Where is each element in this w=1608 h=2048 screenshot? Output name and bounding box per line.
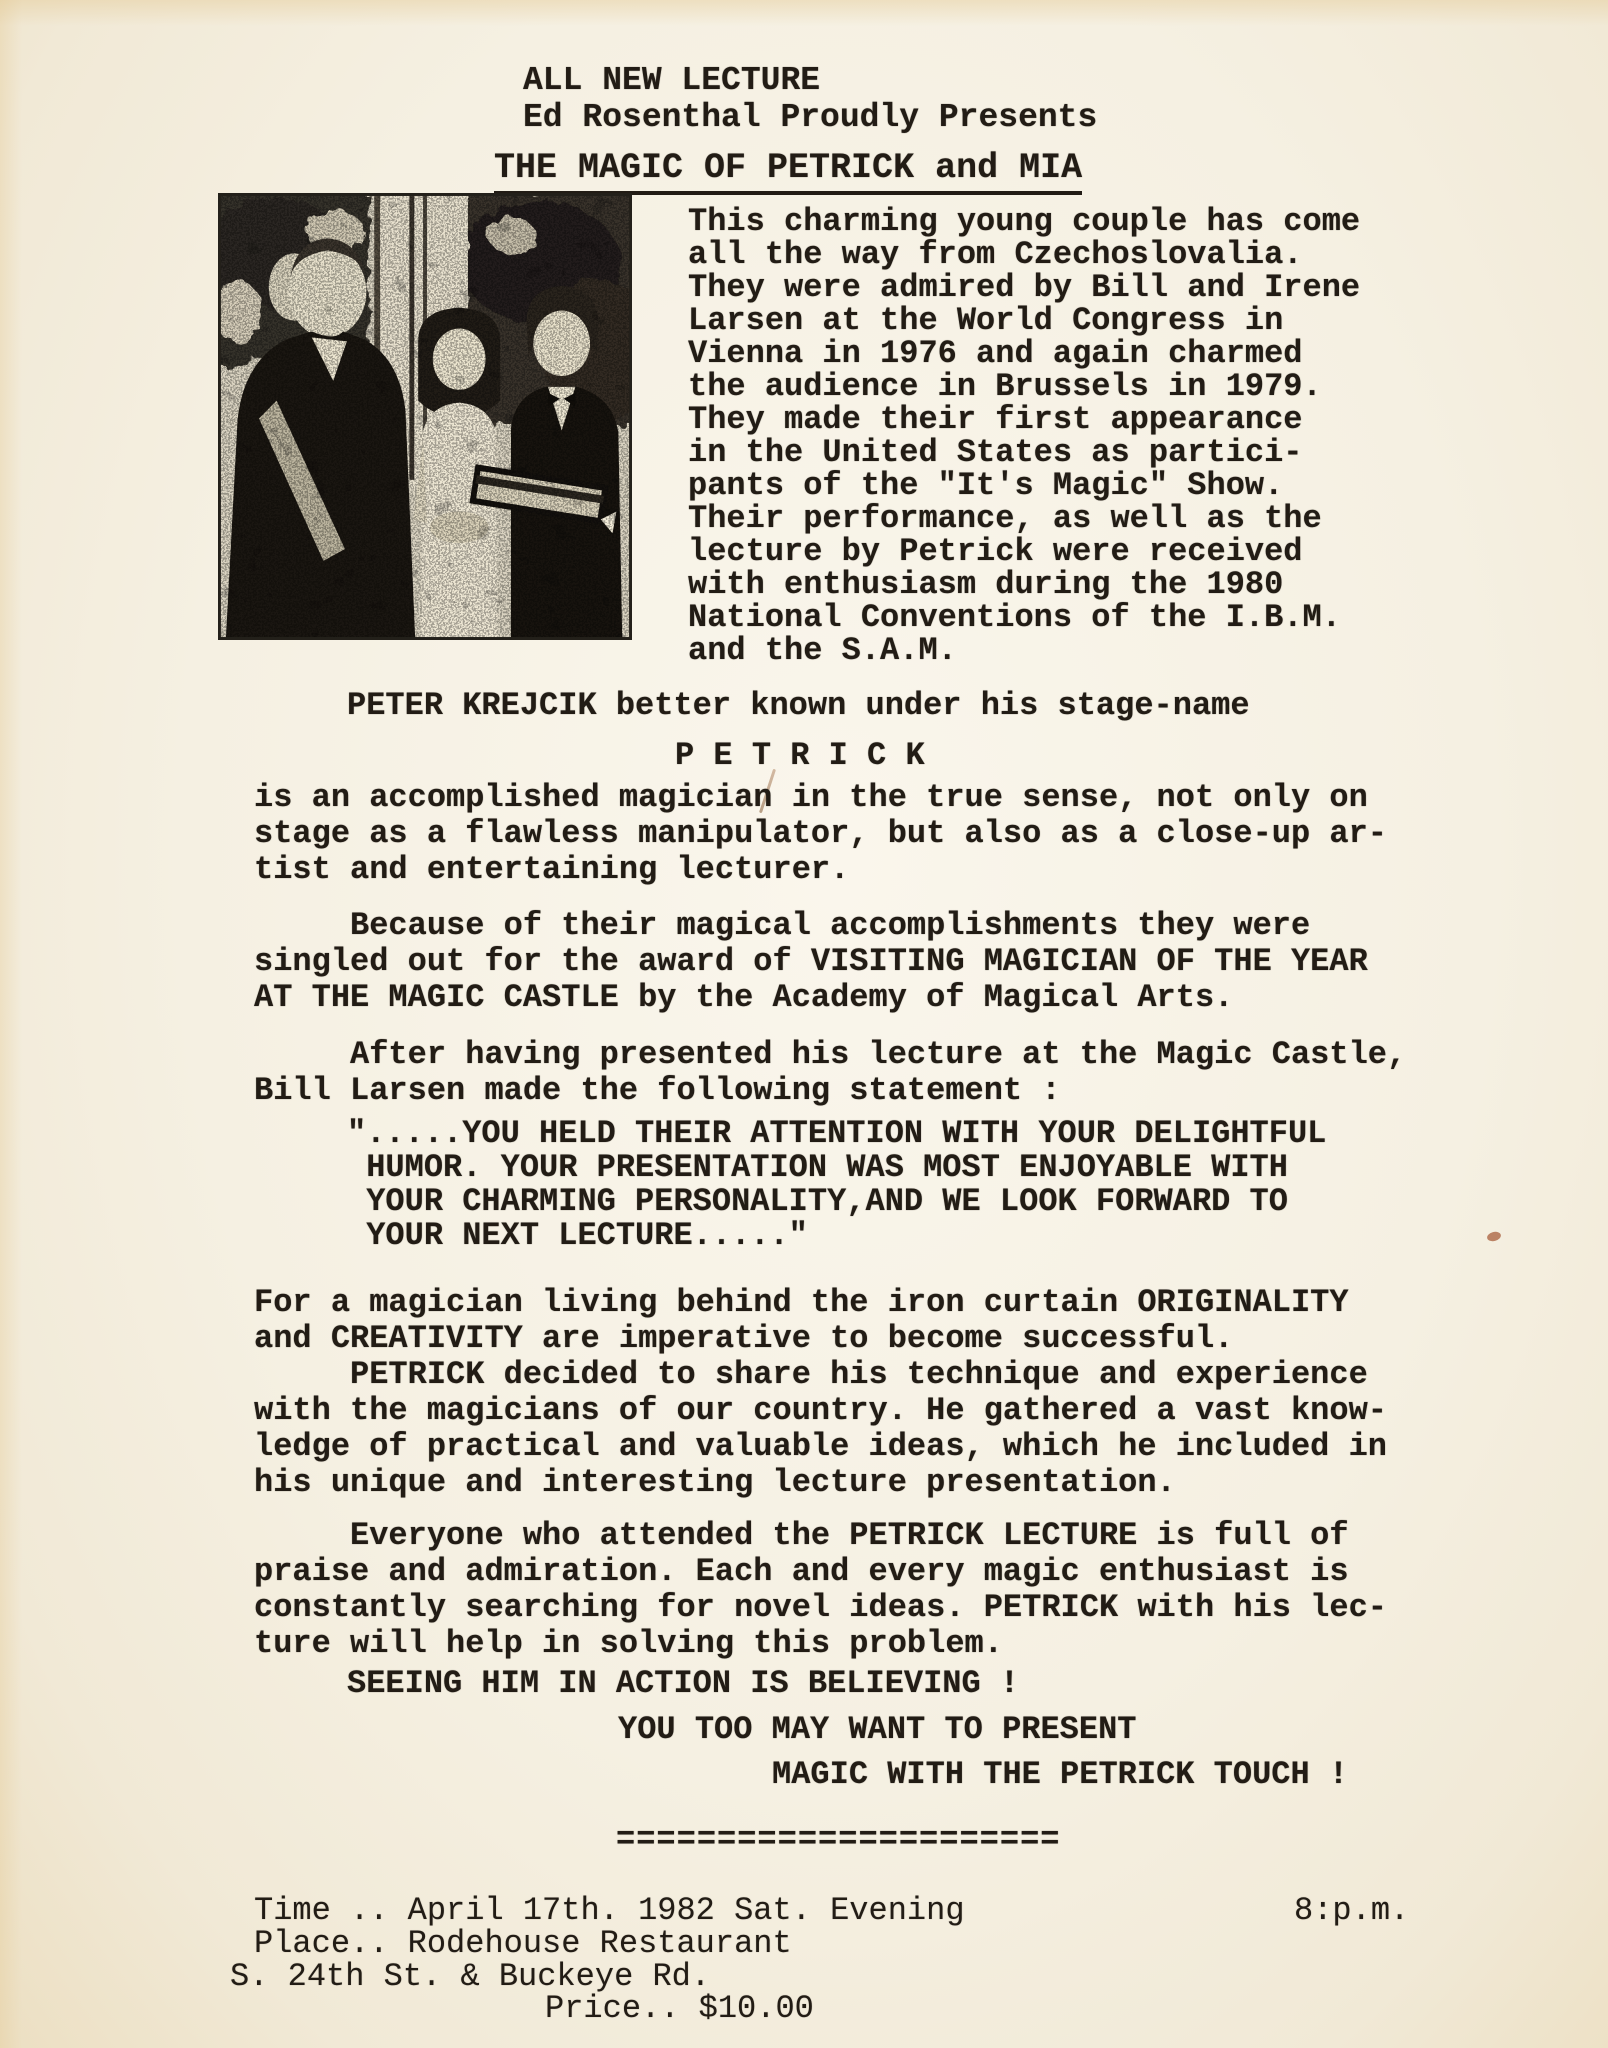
stage-name-line: PETER KREJCIK better known under his sta… — [347, 688, 1250, 724]
ink-stain — [1486, 1230, 1502, 1242]
flyer-page: ALL NEW LECTURE Ed Rosenthal Proudly Pre… — [0, 0, 1608, 2048]
paragraph-after-lecture: After having presented his lecture at th… — [254, 1037, 1454, 1109]
paragraph-technique: PETRICK decided to share his technique a… — [254, 1357, 1444, 1501]
slogan-you-too: YOU TOO MAY WANT TO PRESENT — [618, 1712, 1136, 1748]
paragraph-iron-curtain: For a magician living behind the iron cu… — [254, 1285, 1424, 1357]
petrick-and-mia-photo — [218, 193, 632, 640]
detail-time: Time .. April 17th. 1982 Sat. Evening — [254, 1893, 965, 1929]
divider-line: ====================== — [616, 1822, 1060, 1858]
paragraph-accomplished: is an accomplished magician in the true … — [254, 780, 1424, 888]
larsen-quote: ".....YOU HELD THEIR ATTENTION WITH YOUR… — [347, 1117, 1407, 1253]
slogan-seeing: SEEING HIM IN ACTION IS BELIEVING ! — [347, 1666, 1019, 1702]
stage-name: P E T R I C K — [675, 738, 925, 774]
paragraph-award: Because of their magical accomplishments… — [254, 908, 1424, 1016]
halftone-photo-graphic — [218, 193, 632, 640]
intro-paragraph: This charming young couple has come all … — [688, 205, 1408, 667]
slogan-magic-touch: MAGIC WITH THE PETRICK TOUCH ! — [772, 1757, 1348, 1793]
header-line-1: ALL NEW LECTURE — [523, 62, 820, 99]
detail-time-value: 8:p.m. — [1294, 1893, 1409, 1929]
paragraph-everyone: Everyone who attended the PETRICK LECTUR… — [254, 1518, 1444, 1662]
page-title: THE MAGIC OF PETRICK and MIA — [494, 150, 1082, 195]
detail-place: Place.. Rodehouse Restaurant — [254, 1926, 792, 1962]
header-line-2: Ed Rosenthal Proudly Presents — [523, 99, 1097, 136]
detail-price: Price.. $10.00 — [545, 1991, 814, 2027]
